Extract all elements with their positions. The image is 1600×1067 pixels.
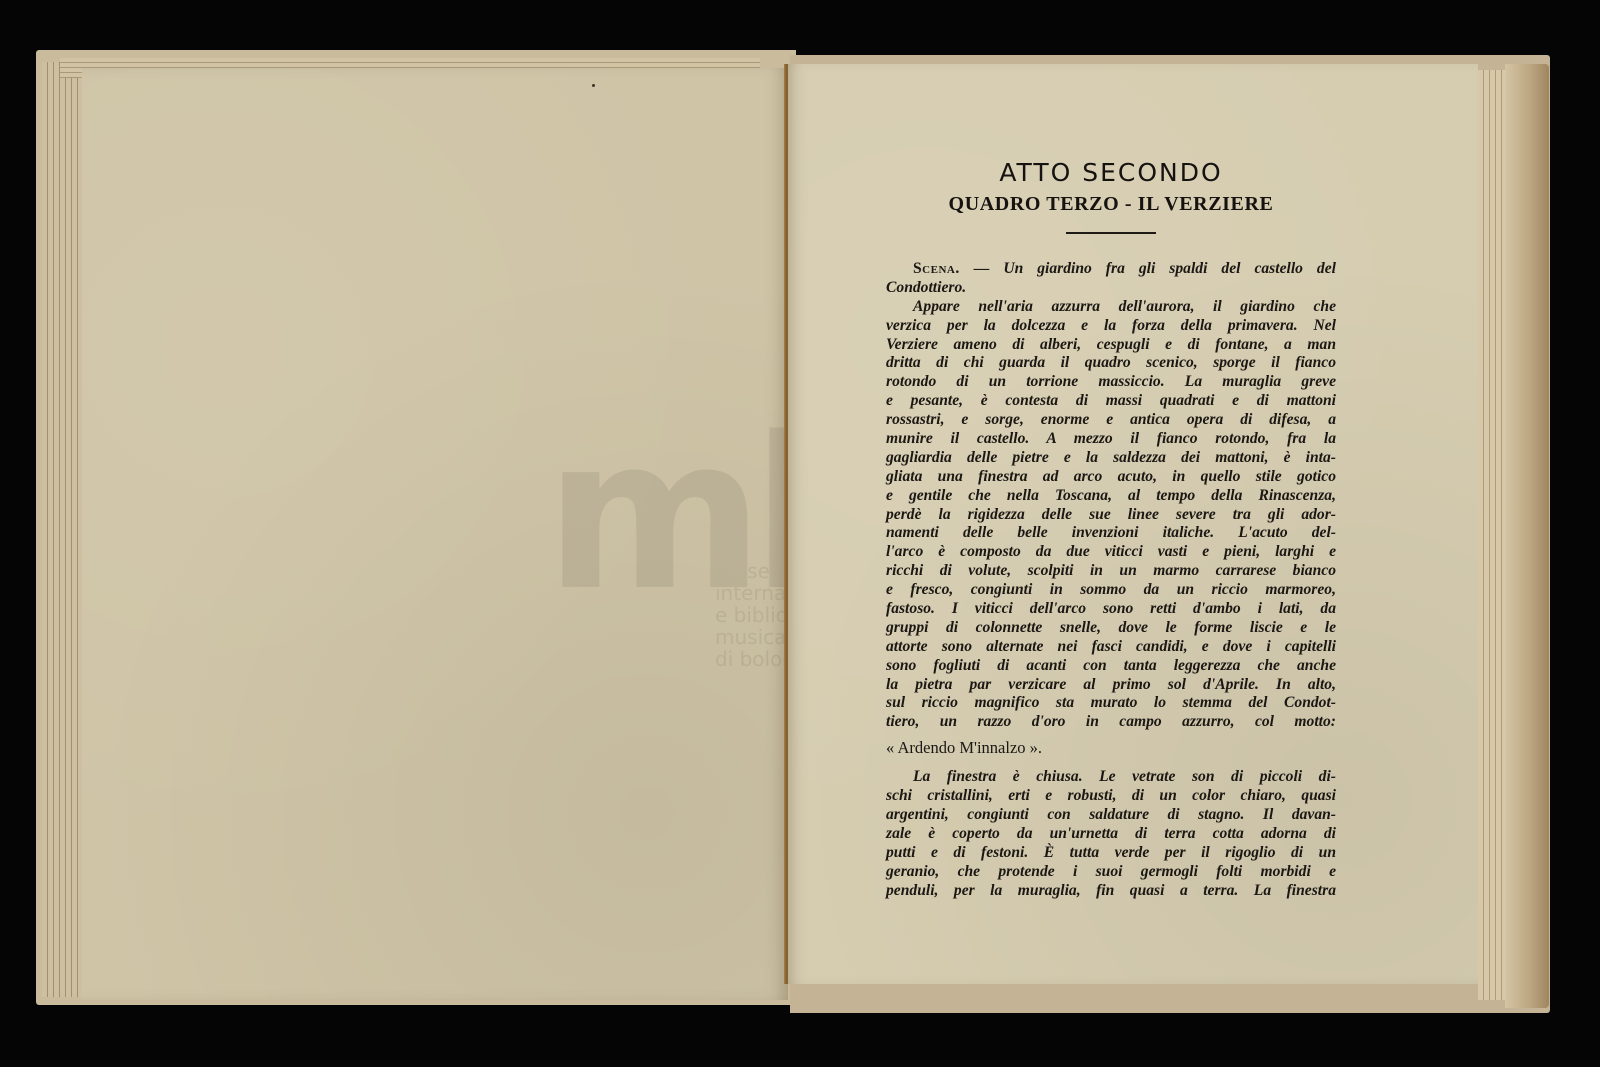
text-line: tiero, un razzo d'oro in campo azzurro, … — [886, 713, 1336, 732]
text-line: sono fogliuti di acanti con tanta legger… — [886, 657, 1336, 676]
text-line: l'arco è composto da due viticci vasti e… — [886, 543, 1336, 562]
title-divider — [1066, 232, 1156, 234]
text-line: gliata una finestra ad arco acuto, in qu… — [886, 468, 1336, 487]
text-line: ricchi di volute, scolpiti in un marmo c… — [886, 562, 1336, 581]
text-line: zale è coperto da un'urnetta di terra co… — [886, 825, 1336, 844]
text-line: namenti delle belle invenzioni italiche.… — [886, 524, 1336, 543]
book-cover-torn-edge — [1505, 64, 1549, 1008]
text-line: rotondo di un torrione massiccio. La mur… — [886, 373, 1336, 392]
text-line: Appare nell'aria azzurra dell'aurora, il… — [886, 298, 1336, 317]
right-page-text: ATTO SECONDO QUADRO TERZO - IL VERZIERE … — [886, 150, 1336, 901]
text-line: la pietra par verzicare al primo sol d'A… — [886, 676, 1336, 695]
text-line: perdè la rigidezza delle sue linee sever… — [886, 506, 1336, 525]
text-line: gruppi di colonnette snelle, dove le for… — [886, 619, 1336, 638]
text-line: Condottiero. — [886, 279, 1336, 298]
page-stack-right-edge — [1478, 70, 1506, 1000]
text-line: gagliardia delle pietre e la saldezza de… — [886, 449, 1336, 468]
text-line: penduli, per la muraglia, fin quasi a te… — [886, 882, 1336, 901]
text-line: La finestra è chiusa. Le vetrate son di … — [886, 768, 1336, 787]
text-line: e fresco, congiunti in sommo da un ricci… — [886, 581, 1336, 600]
scena-label: Scena. — [913, 260, 960, 277]
text-line: dritta di chi guarda il quadro scenico, … — [886, 354, 1336, 373]
text-line: attorte sono alternate nei fasci candidi… — [886, 638, 1336, 657]
book-photo: mb museo internazionale e biblioteca del… — [0, 0, 1600, 1067]
text-line: rossastri, e sorge, enorme e antica oper… — [886, 411, 1336, 430]
text-line: e gentile che nella Toscana, al tempo de… — [886, 487, 1336, 506]
text-line: Scena. — Un giardino fra gli spaldi del … — [886, 260, 1336, 279]
act-title: ATTO SECONDO — [886, 158, 1336, 187]
left-page — [82, 68, 788, 1000]
text-line: fastoso. I viticci dell'arco sono retti … — [886, 600, 1336, 619]
text-line-content: — Un giardino fra gli spaldi del castell… — [960, 260, 1336, 277]
motto-line: « Ardendo M'innalzo ». — [886, 738, 1336, 758]
text-line: putti e di festoni. È tutta verde per il… — [886, 844, 1336, 863]
text-line: schi cristallini, erti e robusti, di un … — [886, 787, 1336, 806]
text-line: e pesante, è contesta di massi quadrati … — [886, 392, 1336, 411]
text-line: Verziere ameno di alberi, cespugli e di … — [886, 336, 1336, 355]
scene-title: QUADRO TERZO - IL VERZIERE — [886, 193, 1336, 216]
text-line: geranio, che protende i suoi germogli fo… — [886, 863, 1336, 882]
text-line: argentini, congiunti con saldature di st… — [886, 806, 1336, 825]
paper-speck — [592, 84, 595, 87]
text-line: verzica per la dolcezza e la forza della… — [886, 317, 1336, 336]
text-line: sul riccio magnifico sta murato lo stemm… — [886, 694, 1336, 713]
text-line: munire il castello. A mezzo il fianco ro… — [886, 430, 1336, 449]
